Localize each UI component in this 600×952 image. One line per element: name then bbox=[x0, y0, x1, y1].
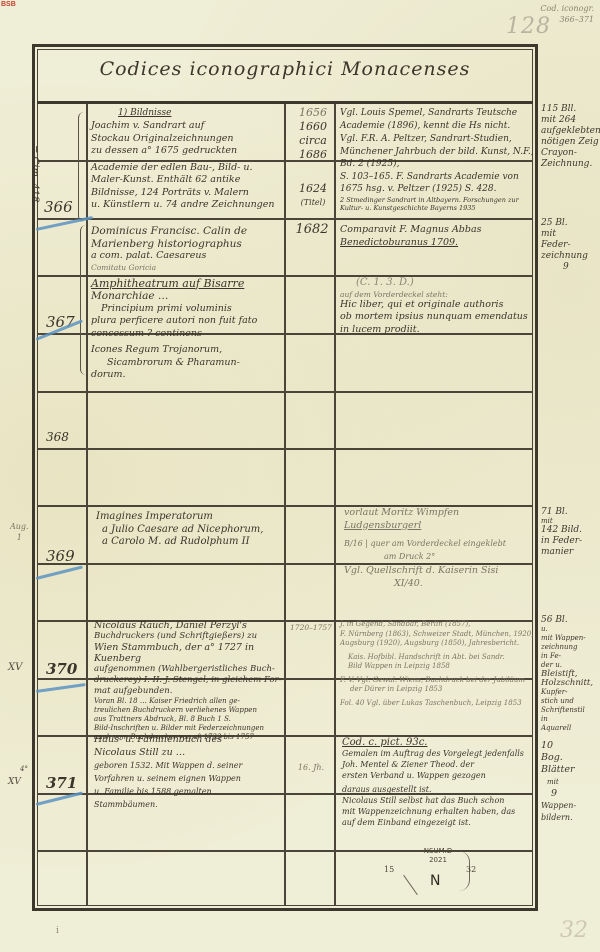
margin-note-370: XV bbox=[8, 662, 22, 673]
description-line: a com. palat. Caesareus bbox=[91, 250, 283, 263]
extent-line: mit bbox=[541, 518, 599, 525]
note-line: Ludgensburgerl bbox=[344, 520, 532, 533]
note-line: Comparavit F. Magnus Abbas bbox=[340, 224, 534, 237]
note-line: auf dem Einband eingezeigt ist. bbox=[342, 817, 534, 828]
entry-370-extent: 56 Bl. u. mit Wappen- zeichnung in Fe- d… bbox=[541, 616, 599, 733]
extent-line: manier bbox=[541, 547, 599, 558]
note-line: der Dürer in Leipzig 1853 bbox=[340, 685, 534, 695]
description-line: dorum. bbox=[91, 369, 283, 382]
note-line: F. Nürnberg (1863), Schweizer Stadt, Mün… bbox=[340, 630, 534, 640]
note-line: auf dem Vorderdeckel steht: bbox=[340, 290, 534, 299]
description-line: Icones Regum Trojanorum, bbox=[91, 344, 283, 357]
extent-line: 142 Bild. bbox=[541, 525, 599, 536]
entry-366-notes: Vgl. Louis Spemel, Sandrarts Teutsche Ac… bbox=[340, 107, 534, 212]
description-line: Buchdruckers (und Schriftgießers) zu bbox=[94, 631, 284, 642]
date-line: circa bbox=[292, 134, 334, 148]
margin-note-369: Aug. 1 bbox=[10, 521, 29, 543]
margin-note-line: 1 bbox=[10, 532, 29, 543]
extent-line: 25 Bl. bbox=[541, 218, 599, 229]
extent-line: 10 bbox=[541, 740, 599, 752]
extent-line: Crayon- bbox=[541, 148, 599, 159]
note-line: Bild Wappen in Leipzig 1858 bbox=[340, 662, 534, 672]
extent-line: Zeichnung. bbox=[541, 159, 599, 170]
description-line: Wien Stammbuch, der a° 1727 in Kuenberg bbox=[94, 642, 284, 664]
note-line: Vgl. Louis Spemel, Sandrarts Teutsche Ac… bbox=[340, 107, 534, 132]
margin-note-line: Aug. bbox=[10, 521, 29, 532]
extent-line: in bbox=[541, 715, 599, 724]
stamp-right-number: 32 bbox=[466, 865, 476, 874]
description-line: zu dessen a° 1675 gedruckten bbox=[91, 145, 283, 158]
entry-371-notes: Cod. c. pict. 93c. Gemalen im Auftrag de… bbox=[342, 737, 534, 828]
entry-366-extent: 115 Bll. mit 264 aufgeklebten nötigen Ze… bbox=[541, 104, 599, 170]
date-line: 1686 bbox=[292, 148, 334, 162]
description-line: mat aufgebunden. bbox=[94, 686, 284, 697]
note-line: 2 Stmedinger Sandrart in Altbayern. Fors… bbox=[340, 196, 534, 212]
extent-line: 9 bbox=[541, 262, 599, 273]
description-line: a Julio Caesare ad Nicephorum, bbox=[96, 524, 282, 537]
extent-line: bildern. bbox=[541, 812, 599, 824]
description-line: Bildnisse, 124 Porträts v. Malern bbox=[91, 187, 283, 200]
extent-line: zeichnung bbox=[541, 643, 599, 652]
entry-370-description: Nicolaus Rauch, Daniel Perzyl's Buchdruc… bbox=[94, 620, 284, 742]
section-heading-text: 1) Bildnisse bbox=[118, 108, 171, 118]
entry-366-dates: 1656 1660 circa 1686 1624 (Titel) bbox=[292, 106, 334, 210]
description-line: Stockau Originalzeichnungen bbox=[91, 133, 283, 146]
note-line: am Druck 2° bbox=[344, 551, 532, 564]
extent-line: Wappen- bbox=[541, 800, 599, 812]
description-underlined: Amphitheatrum auf Bisarre bbox=[91, 277, 244, 290]
note-line: ob mortem ipsius nunquam emendatus bbox=[340, 311, 534, 324]
entry-367-notes: Comparavit F. Magnus Abbas Benedictobura… bbox=[340, 224, 534, 336]
ruled-line bbox=[37, 218, 533, 220]
description-line: aufgenommen (Wahlbergeristliches Buch- bbox=[94, 664, 284, 675]
extent-line: 9 bbox=[541, 788, 599, 800]
description-line: Marienberg historiographus bbox=[91, 238, 283, 251]
note-line: Kais. Hofbibl. Handschrift in Abt. bei S… bbox=[340, 653, 534, 663]
note-line: J. in Gegend, Sandbar, Berlin (1857), bbox=[340, 620, 534, 630]
entry-367-extent: 25 Bl. mit Feder- zeichnung 9 bbox=[541, 218, 599, 273]
description-line: Principium primi voluminis bbox=[91, 303, 283, 316]
page-title: Codices iconographici Monacenses bbox=[37, 58, 533, 80]
entry-370-date: 1720–1757 bbox=[287, 622, 335, 635]
description-line: Joachim v. Sandrart auf bbox=[91, 120, 283, 133]
date-line: 1624 bbox=[292, 182, 334, 196]
extent-line: Bog. bbox=[541, 752, 599, 764]
entry-371-extent: 10 Bog. Blätter mit 9 Wappen- bildern. bbox=[541, 740, 599, 824]
note-line: Hic liber, qui et originale authoris bbox=[340, 299, 534, 312]
note-line: S. 103–165. F. Sandrarts Academie von 16… bbox=[340, 171, 534, 196]
description-line: Haus- u. Familienbuch des bbox=[94, 733, 284, 746]
entry-370-notes: J. in Gegend, Sandbar, Berlin (1857), F.… bbox=[340, 620, 534, 708]
bottom-mark: i bbox=[56, 926, 59, 936]
extent-line: mit bbox=[541, 776, 599, 788]
note-line: Vgl. F.R. A. Peltzer, Sandrart-Studien, … bbox=[340, 133, 534, 171]
stamp-arc-left bbox=[403, 875, 418, 895]
section-heading: 1) Bildnisse bbox=[118, 107, 171, 120]
note-line: vorlaut Moritz Wimpfen bbox=[344, 507, 532, 520]
extent-line: mit Wappen- bbox=[541, 634, 599, 643]
description-line: concessum ? continens bbox=[91, 328, 283, 341]
description-line: u. Künstlern u. 74 andre Zeichnungen bbox=[91, 199, 283, 212]
note-line: daraus ausgestellt ist. bbox=[342, 784, 534, 795]
note-line: ersten Verband u. Wappen gezogen bbox=[342, 770, 534, 781]
note-line: Augsburg (1920), Augsburg (1850), Jahres… bbox=[340, 639, 534, 649]
margin-note-line: 4° bbox=[8, 763, 28, 776]
note-line: F. V. Vgl. Gewal. Wiens, Buchdruck bei d… bbox=[340, 676, 534, 686]
description-line: Voran Bl. 18 … Kaiser Friedrich allen ge… bbox=[94, 697, 284, 706]
description-line: druckerey) I. II. J. Stengel, in gleiche… bbox=[94, 675, 284, 686]
entry-number-366: 366 bbox=[44, 198, 73, 216]
margin-note-line: XV bbox=[8, 776, 28, 789]
margin-note-371: 4° XV bbox=[8, 763, 28, 789]
extent-line: mit bbox=[541, 229, 599, 240]
entry-371-date: 16. Jh. bbox=[287, 762, 335, 775]
note-line: Benedictoburanus 1709. bbox=[340, 237, 534, 250]
extent-line: Holzschnitt, bbox=[541, 679, 599, 688]
description-line: Monarchiae … bbox=[91, 290, 283, 303]
extent-line: Kupfer- bbox=[541, 688, 599, 697]
extent-line: stich und bbox=[541, 697, 599, 706]
description-line: Sicambrorum & Pharamun- bbox=[91, 357, 283, 370]
stamp-center-letter: N bbox=[430, 873, 440, 889]
entry-367-description: Dominicus Francisc. Calin de Marienberg … bbox=[91, 225, 283, 382]
bottom-page-number: 32 bbox=[560, 918, 588, 943]
description-line: Stammbäumen. bbox=[94, 798, 284, 811]
note-underlined: Cod. c. pict. 93c. bbox=[342, 737, 427, 748]
date-line: 1656 bbox=[292, 106, 334, 120]
description-line: plura perficere autori non fuit fato bbox=[91, 315, 283, 328]
note-underlined: Benedictoburanus 1709. bbox=[340, 237, 458, 248]
entry-366-description: Joachim v. Sandrart auf Stockau Original… bbox=[91, 120, 283, 212]
ruled-line bbox=[37, 391, 533, 393]
stamp-left-number: 15 bbox=[384, 865, 394, 874]
extent-line: 115 Bll. bbox=[541, 104, 599, 115]
extent-line: in Fe- bbox=[541, 652, 599, 661]
margin-note-cim: = Cim. 418 bbox=[29, 145, 40, 202]
entry-369-extent: 71 Bl. mit 142 Bild. in Feder- manier bbox=[541, 507, 599, 558]
description-line: geboren 1532. Mit Wappen d. seiner bbox=[94, 759, 284, 772]
entry-number-369: 369 bbox=[46, 547, 75, 565]
extent-line: nötigen Zeig bbox=[541, 137, 599, 148]
entry-number-371: 371 bbox=[46, 774, 77, 792]
note-line: Cod. c. pict. 93c. bbox=[342, 737, 534, 748]
bracket-366 bbox=[78, 112, 85, 222]
extent-line: in Feder- bbox=[541, 536, 599, 547]
extent-line: Aquarell bbox=[541, 724, 599, 733]
extent-line: zeichnung bbox=[541, 251, 599, 262]
note-line: Vgl. Quellschrift d. Kaiserin Sisi bbox=[344, 565, 532, 578]
extent-line: aufgeklebten bbox=[541, 126, 599, 137]
description-line: Nicolaus Rauch, Daniel Perzyl's bbox=[94, 620, 284, 631]
description-line: u. Familie bis 1588 gemalten bbox=[94, 785, 284, 798]
bracket-367 bbox=[80, 225, 86, 375]
note-line: (C. 1. 3. D.) bbox=[340, 277, 534, 290]
description-line: aus Trattners Abdruck, Bl. 8 Buch 1 S. bbox=[94, 715, 284, 724]
extent-line: 56 Bl. bbox=[541, 616, 599, 625]
entry-number-368: 368 bbox=[46, 430, 69, 444]
description-line: Bild-Inschriften u. Bilder mit Federzeic… bbox=[94, 724, 284, 733]
corner-note-line: Cod. iconogr. bbox=[540, 3, 594, 14]
note-underlined: Ludgensburgerl bbox=[344, 520, 421, 531]
description-line: Maler-Kunst. Enthält 62 antike bbox=[91, 174, 283, 187]
description-line: Vorfahren u. seinem eignen Wappen bbox=[94, 772, 284, 785]
date-line: 1660 bbox=[292, 120, 334, 134]
extent-line: Schriftenstil bbox=[541, 706, 599, 715]
note-line: in lucem prodiit. bbox=[340, 324, 534, 337]
note-line: Joh. Mentel & Ziener Theod. der bbox=[342, 759, 534, 770]
note-line: B/16 | quer am Vorderdeckel eingeklebt bbox=[344, 538, 532, 551]
note-line: Gemalen im Auftrag des Vorgelegt jedenfa… bbox=[342, 748, 534, 759]
entry-number-370: 370 bbox=[46, 660, 77, 678]
description-line: Amphitheatrum auf Bisarre bbox=[91, 278, 283, 291]
folio-number: 128 bbox=[506, 14, 551, 39]
description-line: Nicolaus Still zu … bbox=[94, 746, 284, 759]
description-line: Imagines Imperatorum bbox=[96, 511, 282, 524]
description-line: Academie der edlen Bau-, Bild- u. bbox=[91, 162, 283, 175]
entry-369-description: Imagines Imperatorum a Julio Caesare ad … bbox=[96, 511, 282, 549]
ruled-line bbox=[37, 448, 533, 450]
description-line: Comitatu Goricia bbox=[91, 263, 283, 272]
extent-line: Blätter bbox=[541, 764, 599, 776]
entry-369-notes: vorlaut Moritz Wimpfen Ludgensburgerl B/… bbox=[344, 507, 532, 590]
date-line: (Titel) bbox=[292, 196, 334, 210]
library-stamp: 15 NSUM.D 2021 32 N bbox=[384, 847, 494, 907]
extent-line: mit 264 bbox=[541, 115, 599, 126]
entry-367-date: 1682 bbox=[290, 224, 334, 237]
entry-371-description: Haus- u. Familienbuch des Nicolaus Still… bbox=[94, 733, 284, 811]
extent-line: u. bbox=[541, 625, 599, 634]
note-line: XI/40. bbox=[344, 578, 532, 591]
description-line: treulichen Buchdruckern verliehenes Wapp… bbox=[94, 706, 284, 715]
note-line: Fol. 40 Vgl. über Lukas Taschenbuch, Lei… bbox=[340, 699, 534, 709]
extent-line: Feder- bbox=[541, 240, 599, 251]
library-mark: BSB bbox=[1, 1, 16, 8]
description-line: a Carolo M. ad Rudolphum II bbox=[96, 536, 282, 549]
description-line: Dominicus Francisc. Calin de bbox=[91, 225, 283, 238]
note-line: Nicolaus Still selbst hat das Buch schon bbox=[342, 795, 534, 806]
note-line: mit Wappenzeichnung erhalten haben, das bbox=[342, 806, 534, 817]
